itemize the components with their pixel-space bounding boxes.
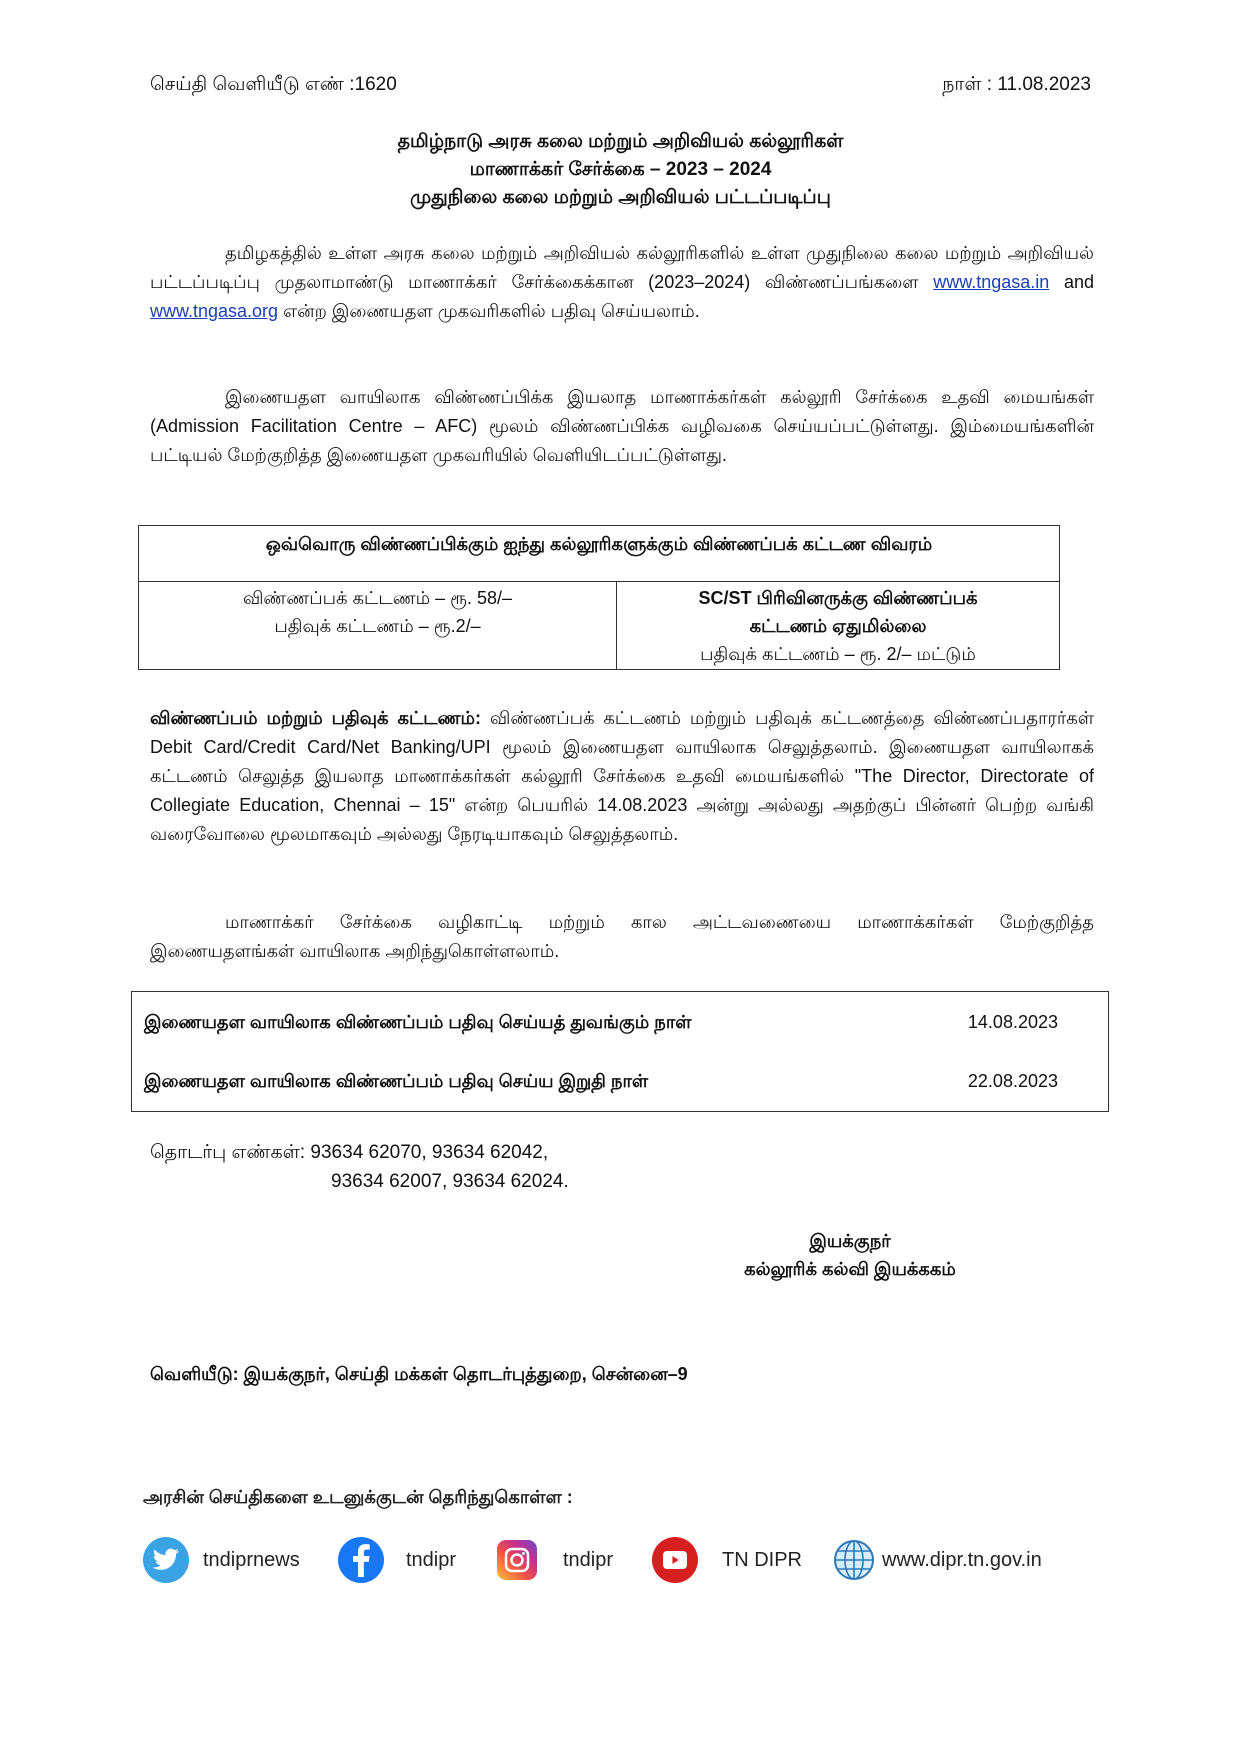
title-line-1: தமிழ்நாடு அரசு கலை மற்றும் அறிவியல் கல்ல… (0, 128, 1241, 156)
registration-fee: பதிவுக் கட்டணம் – ரூ.2/– (139, 612, 616, 640)
social-instagram[interactable]: tndipr (497, 1535, 613, 1585)
website-url: www.dipr.tn.gov.in (882, 1549, 1042, 1572)
social-youtube[interactable]: TN DIPR (652, 1535, 802, 1585)
social-website[interactable]: www.dipr.tn.gov.in (832, 1535, 1042, 1585)
release-issuer: வெளியீடு: இயக்குநர், செய்தி மக்கள் தொடர்… (150, 1364, 688, 1387)
end-date-value: 22.08.2023 (968, 1071, 1058, 1092)
press-release-date: நாள் : 11.08.2023 (942, 74, 1091, 98)
facebook-icon (338, 1537, 384, 1583)
social-facebook[interactable]: tndipr (338, 1535, 456, 1585)
intro-text-b: என்ற இணையதள முகவரிகளில் பதிவு செய்யலாம். (283, 301, 700, 321)
title-line-2: மாணாக்கர் சேர்க்கை – 2023 – 2024 (0, 156, 1241, 184)
start-date-label: இணையதள வாயிலாக விண்ணப்பம் பதிவு செய்யத் … (144, 1012, 692, 1035)
payment-text: விண்ணப்பக் கட்டணம் மற்றும் பதிவுக் கட்டண… (150, 708, 1094, 844)
tngasa-in-link[interactable]: www.tngasa.in (933, 272, 1049, 292)
paragraph-intro: தமிழகத்தில் உள்ள அரசு கலை மற்றும் அறிவிய… (150, 239, 1094, 326)
tngasa-org-link[interactable]: www.tngasa.org (150, 301, 278, 321)
end-date-label: இணையதள வாயிலாக விண்ணப்பம் பதிவு செய்ய இற… (144, 1071, 648, 1094)
scst-registration-fee: பதிவுக் கட்டணம் – ரூ. 2/– மட்டும் (617, 640, 1059, 668)
payment-heading: விண்ணப்பம் மற்றும் பதிவுக் கட்டணம்: (150, 708, 481, 728)
scst-fee-line-2: கட்டணம் ஏதுமில்லை (617, 612, 1059, 640)
instagram-handle: tndipr (563, 1549, 613, 1572)
social-title: அரசின் செய்திகளை உடனுக்குடன் தெரிந்துகொள… (143, 1487, 573, 1510)
start-date-value: 14.08.2023 (968, 1012, 1058, 1033)
scst-fee-line-1: SC/ST பிரிவினருக்கு விண்ணப்பக் (617, 584, 1059, 612)
important-dates-box: இணையதள வாயிலாக விண்ணப்பம் பதிவு செய்யத் … (131, 991, 1109, 1112)
twitter-handle: tndiprnews (203, 1549, 300, 1572)
contact-line-1: 93634 62070, 93634 62042, (310, 1142, 548, 1163)
contact-numbers: தொடர்பு எண்கள்: 93634 62070, 93634 62042… (150, 1138, 569, 1196)
guidelines-text: மாணாக்கர் சேர்க்கை வழிகாட்டி மற்றும் கால… (150, 912, 1094, 961)
signatory-title: இயக்குநர் (700, 1227, 1000, 1255)
document-title: தமிழ்நாடு அரசு கலை மற்றும் அறிவியல் கல்ல… (0, 128, 1241, 212)
intro-and: and (1064, 272, 1094, 292)
signature-block: இயக்குநர் கல்லூரிக் கல்வி இயக்ககம் (700, 1227, 1000, 1283)
title-line-3: முதுநிலை கலை மற்றும் அறிவியல் பட்டப்படிப… (0, 184, 1241, 212)
paragraph-payment: விண்ணப்பம் மற்றும் பதிவுக் கட்டணம்: விண்… (150, 704, 1094, 849)
contact-label: தொடர்பு எண்கள்: (150, 1142, 305, 1163)
twitter-icon (143, 1537, 189, 1583)
youtube-icon (652, 1537, 698, 1583)
instagram-icon (497, 1540, 537, 1580)
globe-icon (832, 1538, 876, 1582)
fee-table-heading: ஒவ்வொரு விண்ணப்பிக்கும் ஐந்து கல்லூரிகளு… (139, 526, 1059, 582)
social-twitter[interactable]: tndiprnews (143, 1535, 300, 1585)
paragraph-guidelines: மாணாக்கர் சேர்க்கை வழிகாட்டி மற்றும் கால… (150, 908, 1094, 966)
signatory-office: கல்லூரிக் கல்வி இயக்ககம் (700, 1255, 1000, 1283)
youtube-channel: TN DIPR (722, 1549, 802, 1572)
facebook-handle: tndipr (406, 1549, 456, 1572)
contact-line-2: 93634 62007, 93634 62024. (150, 1167, 569, 1196)
fee-table: ஒவ்வொரு விண்ணப்பிக்கும் ஐந்து கல்லூரிகளு… (138, 525, 1060, 670)
paragraph-afc: இணையதள வாயிலாக விண்ணப்பிக்க இயலாத மாணாக்… (150, 383, 1094, 470)
afc-text: இணையதள வாயிலாக விண்ணப்பிக்க இயலாத மாணாக்… (150, 387, 1094, 465)
fee-general-cell: விண்ணப்பக் கட்டணம் – ரூ. 58/– பதிவுக் கட… (139, 582, 617, 669)
press-release-number: செய்தி வெளியீடு எண் :1620 (150, 74, 397, 98)
application-fee: விண்ணப்பக் கட்டணம் – ரூ. 58/– (139, 584, 616, 612)
fee-scst-cell: SC/ST பிரிவினருக்கு விண்ணப்பக் கட்டணம் ஏ… (617, 582, 1059, 669)
